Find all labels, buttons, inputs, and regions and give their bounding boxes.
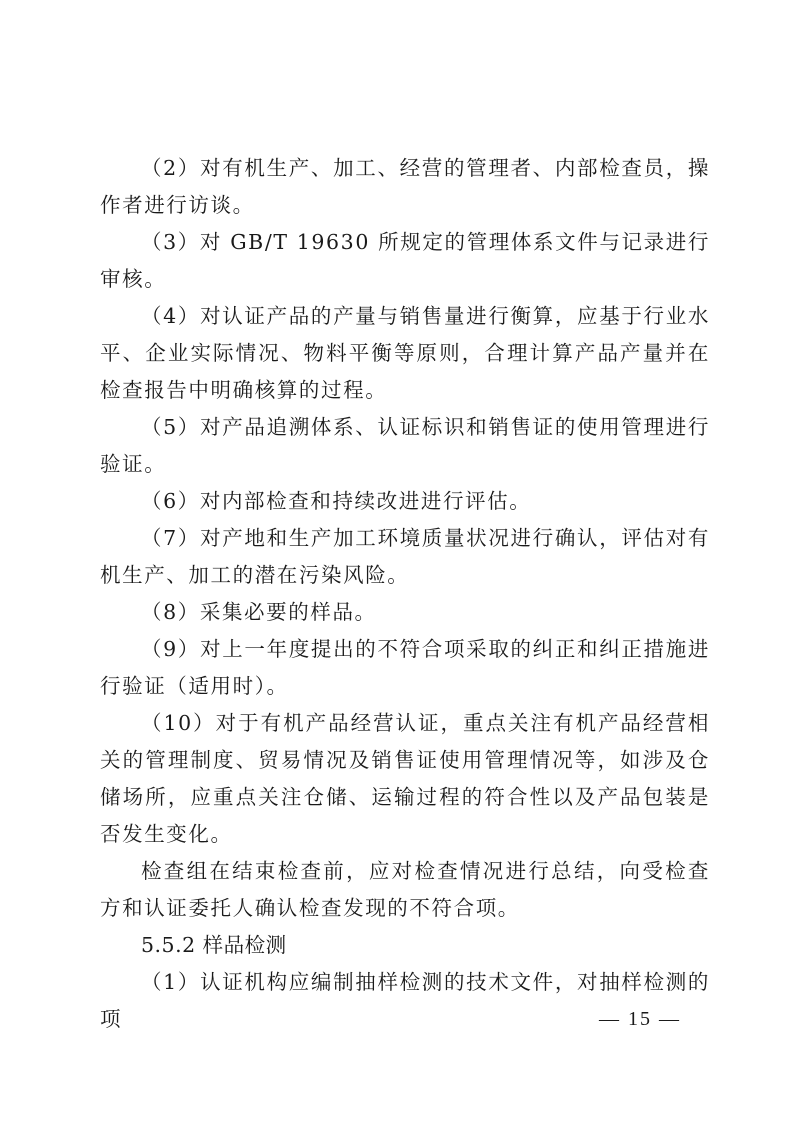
paragraph-item-3: （3）对 GB/T 19630 所规定的管理体系文件与记录进行审核。 (100, 224, 710, 298)
paragraph-item-7: （7）对产地和生产加工环境质量状况进行确认，评估对有机生产、加工的潜在污染风险。 (100, 520, 710, 594)
page-number: — 15 — (590, 1008, 690, 1031)
paragraph-item-8: （8）采集必要的样品。 (100, 594, 710, 631)
paragraph-item-10: （10）对于有机产品经营认证，重点关注有机产品经营相关的管理制度、贸易情况及销售… (100, 705, 710, 853)
paragraph-item-4: （4）对认证产品的产量与销售量进行衡算，应基于行业水平、企业实际情况、物料平衡等… (100, 298, 710, 409)
paragraph-item-5: （5）对产品追溯体系、认证标识和销售证的使用管理进行验证。 (100, 409, 710, 483)
section-heading-5-5-2: 5.5.2 样品检测 (100, 927, 710, 964)
paragraph-item-6: （6）对内部检查和持续改进进行评估。 (100, 483, 710, 520)
document-body: （2）对有机生产、加工、经营的管理者、内部检查员，操作者进行访谈。 （3）对 G… (100, 150, 710, 1038)
paragraph-summary: 检查组在结束检查前，应对检查情况进行总结，向受检查方和认证委托人确认检查发现的不… (100, 853, 710, 927)
paragraph-item-2: （2）对有机生产、加工、经营的管理者、内部检查员，操作者进行访谈。 (100, 150, 710, 224)
paragraph-item-9: （9）对上一年度提出的不符合项采取的纠正和纠正措施进行验证（适用时）。 (100, 631, 710, 705)
